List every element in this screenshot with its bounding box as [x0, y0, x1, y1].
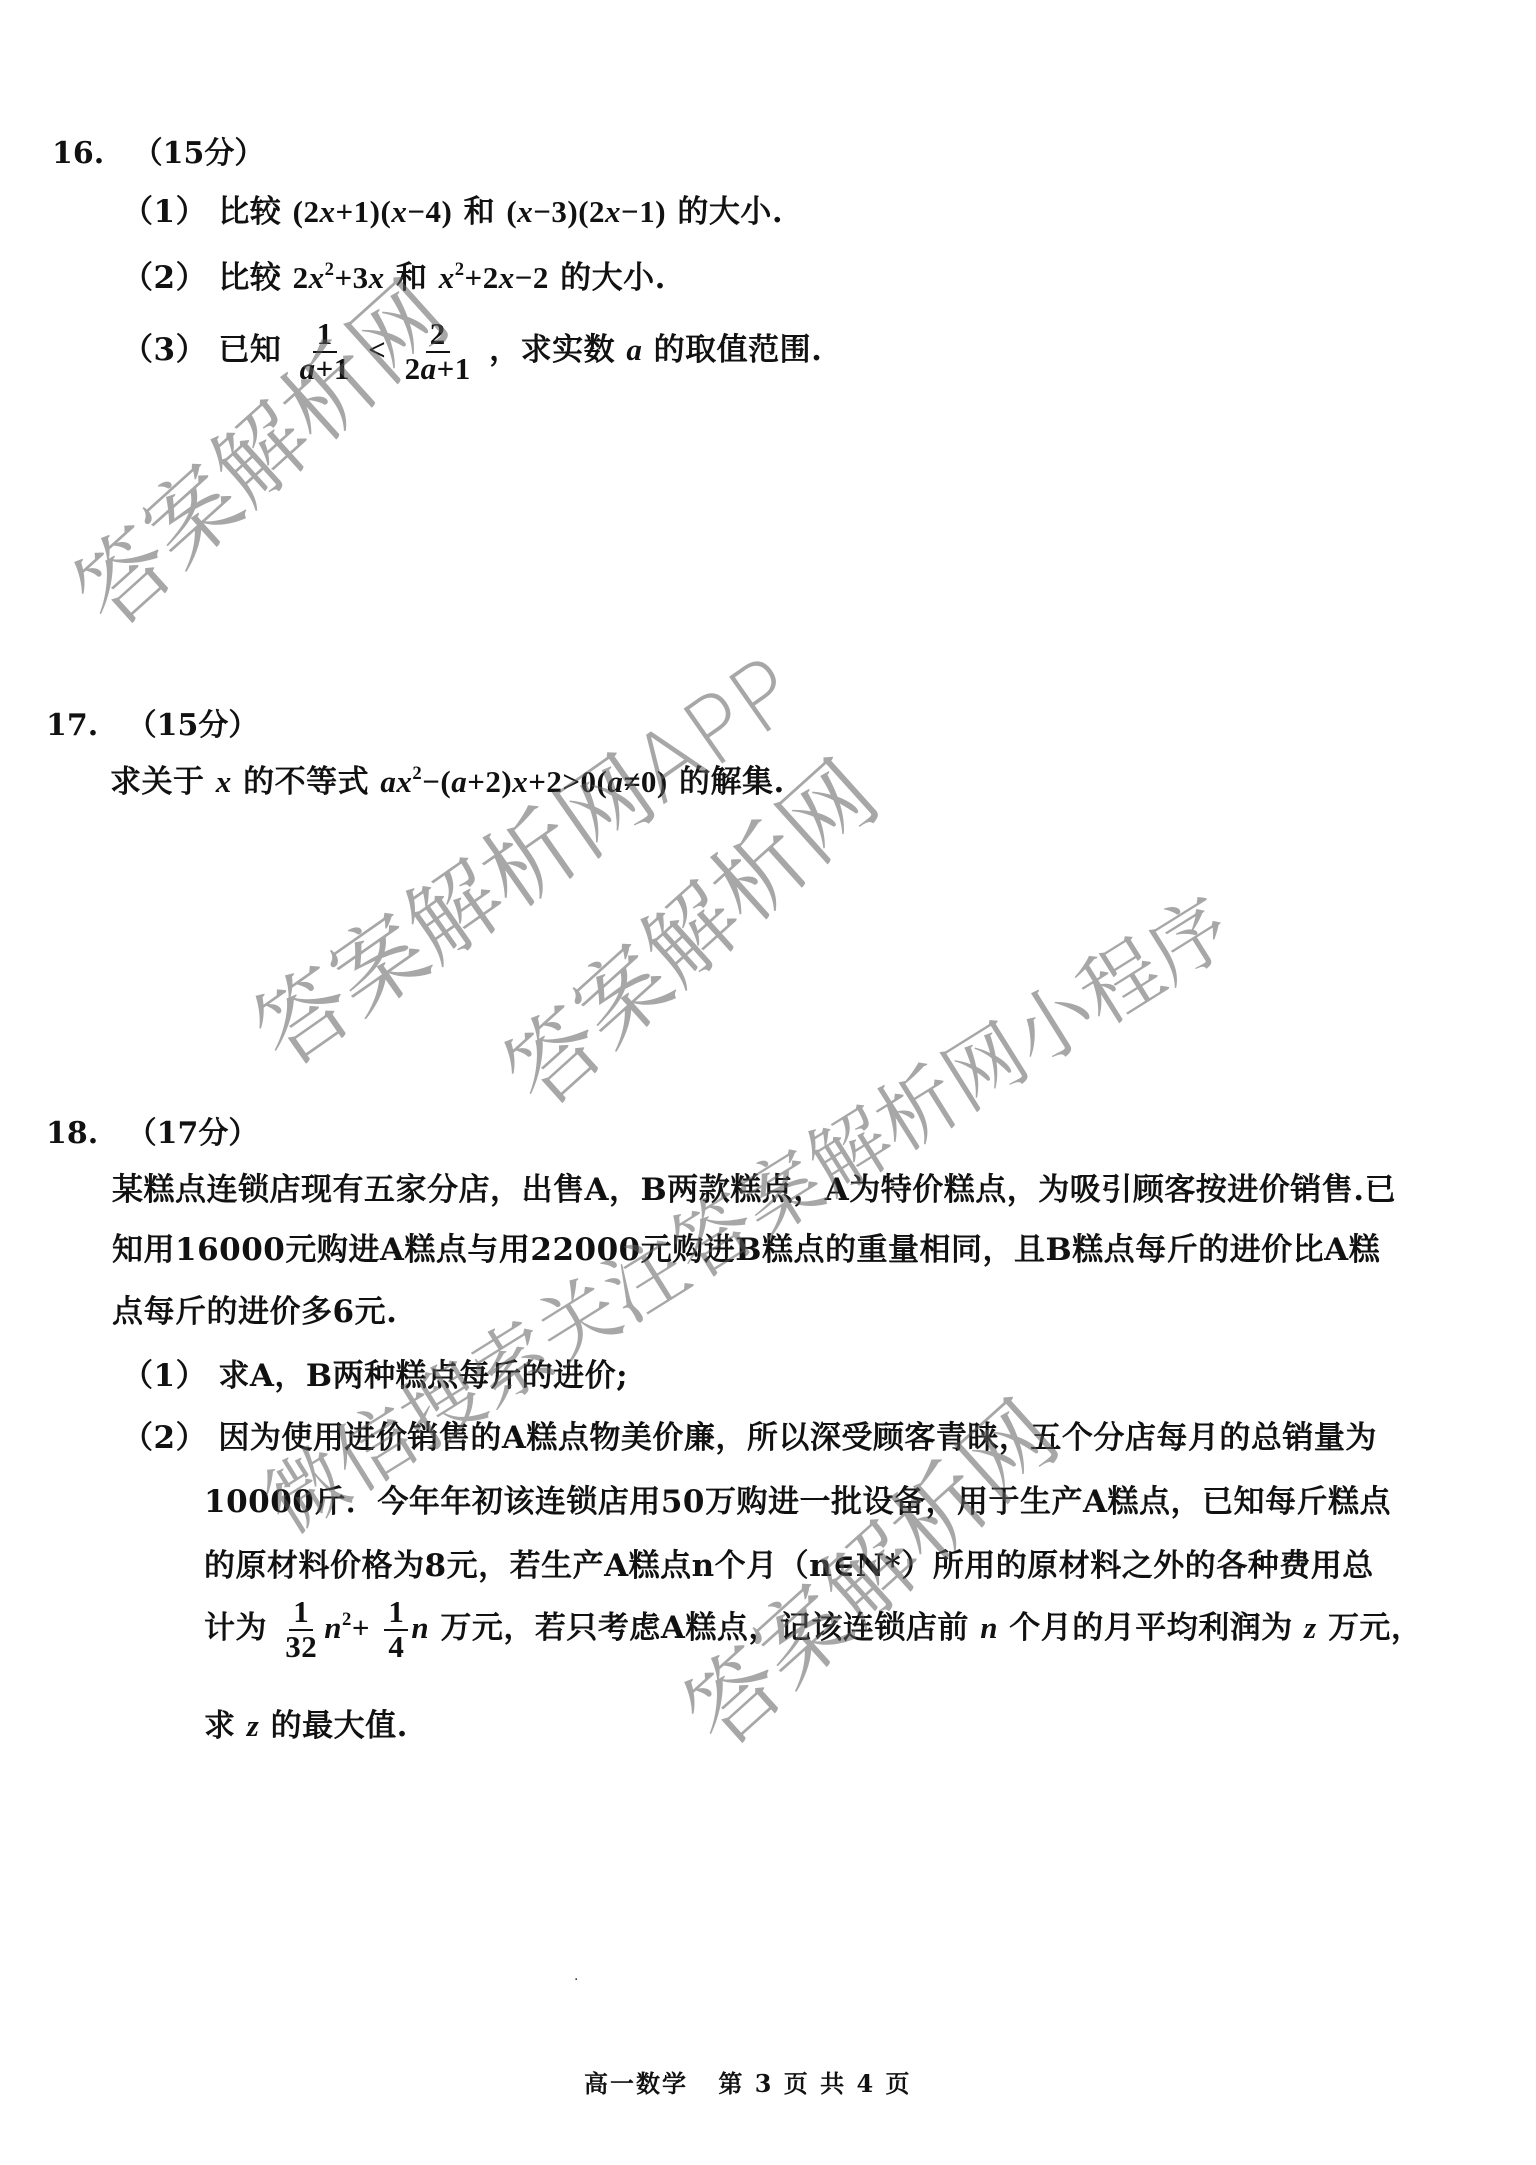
fraction: 1 4 — [384, 1596, 408, 1663]
text: 和 — [464, 194, 496, 230]
denominator: 32 — [281, 1631, 321, 1664]
fraction: 1 32 — [281, 1596, 321, 1663]
math-expression: ax2−(a+2)x+2>0(a≠0) — [380, 764, 667, 799]
part-label: （3） — [122, 332, 207, 368]
question-number: 16. — [52, 136, 104, 171]
question-18-header: 18. （17分） — [46, 1108, 258, 1152]
text: 和 — [396, 260, 428, 296]
numerator: 1 — [384, 1596, 408, 1631]
question-18-part-2-line-3: 的原材料价格为8元，若生产A糕点n个月（n∈N*）所用的原材料之外的各种费用总 — [204, 1540, 1374, 1585]
part-label: （2） — [122, 1420, 207, 1456]
question-16-part-2: （2） 比较 2x2+3x 和 x2+2x−2 的大小. — [122, 252, 666, 297]
scan-speck: · — [574, 1972, 578, 1988]
text: 比较 — [218, 260, 281, 296]
text: 求 — [204, 1708, 236, 1744]
text: 的大小. — [560, 260, 666, 296]
question-18-part-2-line-5: 求 z 的最大值. — [204, 1700, 408, 1745]
math-expression: (x−3)(2x−1) — [506, 194, 666, 229]
question-18-part-2-line-1: （2） 因为使用进价销售的A糕点物美价廉，所以深受顾客青睐，五个分店每月的总销量… — [122, 1412, 1377, 1457]
question-18-intro-line-2: 知用16000元购进A糕点与用22000元购进B糕点的重量相同，且B糕点每斤的进… — [112, 1224, 1380, 1269]
part-label: （1） — [122, 194, 207, 230]
math-expression: n2+ — [324, 1610, 370, 1645]
question-number: 17. — [46, 708, 98, 743]
text: 求关于 — [110, 764, 205, 800]
footer-subject: 高一数学 — [584, 2069, 688, 2098]
text: 计为 — [204, 1610, 267, 1646]
exam-page: 16. （15分） （1） 比较 (2x+1)(x−4) 和 (x−3)(2x−… — [0, 0, 1536, 2165]
question-18-intro-line-1: 某糕点连锁店现有五家分店，出售A，B两款糕点，A为特价糕点，为吸引顾客按进价销售… — [112, 1164, 1396, 1209]
question-17-body: 求关于 x 的不等式 ax2−(a+2)x+2>0(a≠0) 的解集. — [110, 756, 785, 801]
page-footer: 高一数学 第 3 页 共 4 页 — [584, 2064, 912, 2099]
question-points: （15分） — [133, 136, 265, 171]
text: 已知 — [218, 332, 281, 368]
variable: z — [247, 1708, 260, 1743]
text: 万元， — [1328, 1610, 1423, 1646]
question-18-part-2-line-4: 计为 1 32 n2+ 1 4 n 万元，若只考虑A糕点，记该连锁店前 n 个月… — [204, 1596, 1422, 1663]
watermark-text: 答案解析网 — [42, 246, 472, 652]
footer-page-info: 第 3 页 共 4 页 — [718, 2069, 911, 2098]
text: 个月的月平均利润为 — [1009, 1610, 1293, 1646]
numerator: 2 — [426, 318, 450, 353]
question-points: （15分） — [127, 708, 259, 743]
denominator: a+1 — [296, 353, 354, 386]
variable: z — [1304, 1610, 1317, 1645]
text: 的大小. — [677, 194, 783, 230]
less-than: < — [368, 332, 386, 367]
question-number: 18. — [46, 1116, 98, 1151]
variable: n — [411, 1610, 429, 1645]
math-expression: (2x+1)(x−4) — [293, 194, 453, 229]
denominator: 4 — [384, 1631, 408, 1664]
text: ，求实数 — [489, 332, 615, 368]
denominator: 2a+1 — [401, 353, 475, 386]
fraction: 1 a+1 — [296, 318, 354, 385]
question-18-intro-line-3: 点每斤的进价多6元. — [112, 1286, 397, 1331]
math-expression: x2+2x−2 — [439, 260, 549, 295]
part-label: （1） — [122, 1358, 207, 1394]
text: 的最大值. — [271, 1708, 408, 1744]
part-label: （2） — [122, 260, 207, 296]
text: 的取值范围. — [654, 332, 823, 368]
question-18-part-2-line-2: 10000斤．今年年初该连锁店用50万购进一批设备，用于生产A糕点，已知每斤糕点 — [204, 1476, 1391, 1521]
variable: x — [216, 764, 232, 799]
watermark-text: 答案解析网APP — [224, 620, 819, 1092]
text: 的解集. — [679, 764, 785, 800]
text: 的不等式 — [243, 764, 369, 800]
question-18-part-1: （1） 求A，B两种糕点每斤的进价; — [122, 1350, 628, 1395]
numerator: 1 — [289, 1596, 313, 1631]
text: 万元，若只考虑A糕点，记该连锁店前 — [440, 1610, 969, 1646]
question-points: （17分） — [127, 1116, 259, 1151]
question-16-header: 16. （15分） — [52, 128, 264, 172]
text: 比较 — [218, 194, 281, 230]
variable: n — [980, 1610, 998, 1645]
part-text: 求A，B两种糕点每斤的进价; — [218, 1358, 628, 1394]
part-text: 因为使用进价销售的A糕点物美价廉，所以深受顾客青睐，五个分店每月的总销量为 — [218, 1420, 1377, 1456]
question-16-part-3: （3） 已知 1 a+1 < 2 2a+1 ，求实数 a 的取值范围. — [122, 318, 822, 385]
variable: a — [626, 332, 642, 367]
fraction: 2 2a+1 — [401, 318, 475, 385]
question-16-part-1: （1） 比较 (2x+1)(x−4) 和 (x−3)(2x−1) 的大小. — [122, 186, 783, 231]
math-expression: 2x2+3x — [293, 260, 385, 295]
question-17-header: 17. （15分） — [46, 700, 258, 744]
numerator: 1 — [313, 318, 337, 353]
